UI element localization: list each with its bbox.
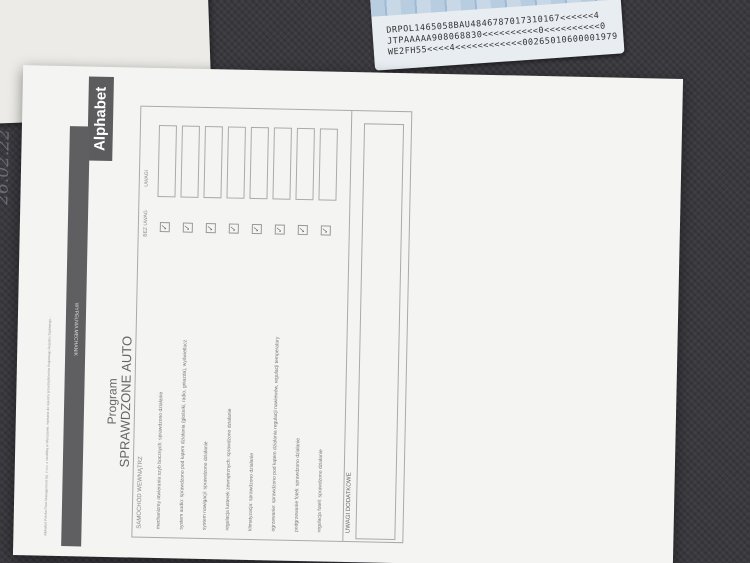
col-notes-header: UWAGI [144, 170, 150, 187]
mechanic-band-label: WYPEŁNIA MECHANIK [72, 279, 80, 379]
additional-notes-label: UWAGI DODATKOWE [345, 472, 352, 533]
notes-field[interactable] [157, 125, 177, 197]
checklist-checkbox[interactable]: ✓ [229, 223, 239, 233]
notes-field[interactable] [180, 125, 200, 197]
checklist-checkbox[interactable]: ✓ [183, 223, 193, 233]
checklist-checkbox[interactable]: ✓ [252, 224, 262, 234]
form-content: Alphabet Polska Fleet Management Sp. z o… [43, 76, 453, 544]
checklist-checkbox[interactable]: ✓ [298, 225, 308, 235]
notes-field[interactable] [318, 128, 338, 200]
notes-field[interactable] [249, 127, 269, 199]
checklist-row-label: system nawigacji: sprawdzono działanie [202, 230, 214, 530]
checklist-table: SAMOCHÓD WEWNĄTRZ BEZ UWAG UWAGI mechani… [131, 106, 412, 544]
legal-text: Alphabet Polska Fleet Management Sp. z o… [43, 156, 56, 536]
checklist-checkbox[interactable]: ✓ [275, 224, 285, 234]
additional-notes-section: UWAGI DODATKOWE [342, 111, 408, 542]
checklist-checkbox[interactable]: ✓ [160, 222, 170, 232]
notes-field[interactable] [226, 126, 246, 198]
mrz-text: DRPOL1465058BAU4846787017310167<<<<<<4JT… [386, 10, 618, 59]
registration-document: DRPOL1465058BAU4846787017310167<<<<<<4JT… [369, 0, 624, 71]
program-title: Program SPRAWDZONE AUTO [105, 335, 134, 467]
checklist-checkbox[interactable]: ✓ [321, 225, 331, 235]
checklist-row-label: regulacja lusterek zewnętrznych: sprawdz… [225, 231, 237, 531]
col-ok-header: BEZ UWAG [143, 210, 150, 237]
checklist-row-label: podgrzewanie foteli: sprawdzono działani… [293, 232, 305, 532]
notes-field[interactable] [295, 128, 315, 200]
alphabet-logo: Alphabet [87, 77, 114, 162]
handwritten-date: 26.02.22 [0, 129, 14, 205]
checklist-checkbox[interactable]: ✓ [206, 223, 216, 233]
inspection-form-sheet: Alphabet Polska Fleet Management Sp. z o… [13, 65, 683, 563]
notes-field[interactable] [203, 126, 223, 198]
checklist-row-label: system audio: sprawdzono pod kątem dział… [179, 230, 191, 530]
program-name: SPRAWDZONE AUTO [118, 336, 134, 468]
additional-notes-field[interactable] [355, 123, 404, 540]
checklist-row-label: klimatyzacja: sprawdzono działanie [247, 231, 259, 531]
checklist-row-label: mechanizmy otwierania szyb bocznych: spr… [156, 229, 168, 529]
notes-field[interactable] [272, 127, 292, 199]
checklist-row-label: regulacja foteli: sprawdzono działanie [316, 232, 328, 532]
section-title: SAMOCHÓD WEWNĄTRZ [137, 456, 145, 528]
checklist-row-label: ogrzewanie: sprawdzono pod kątem działan… [270, 231, 282, 531]
